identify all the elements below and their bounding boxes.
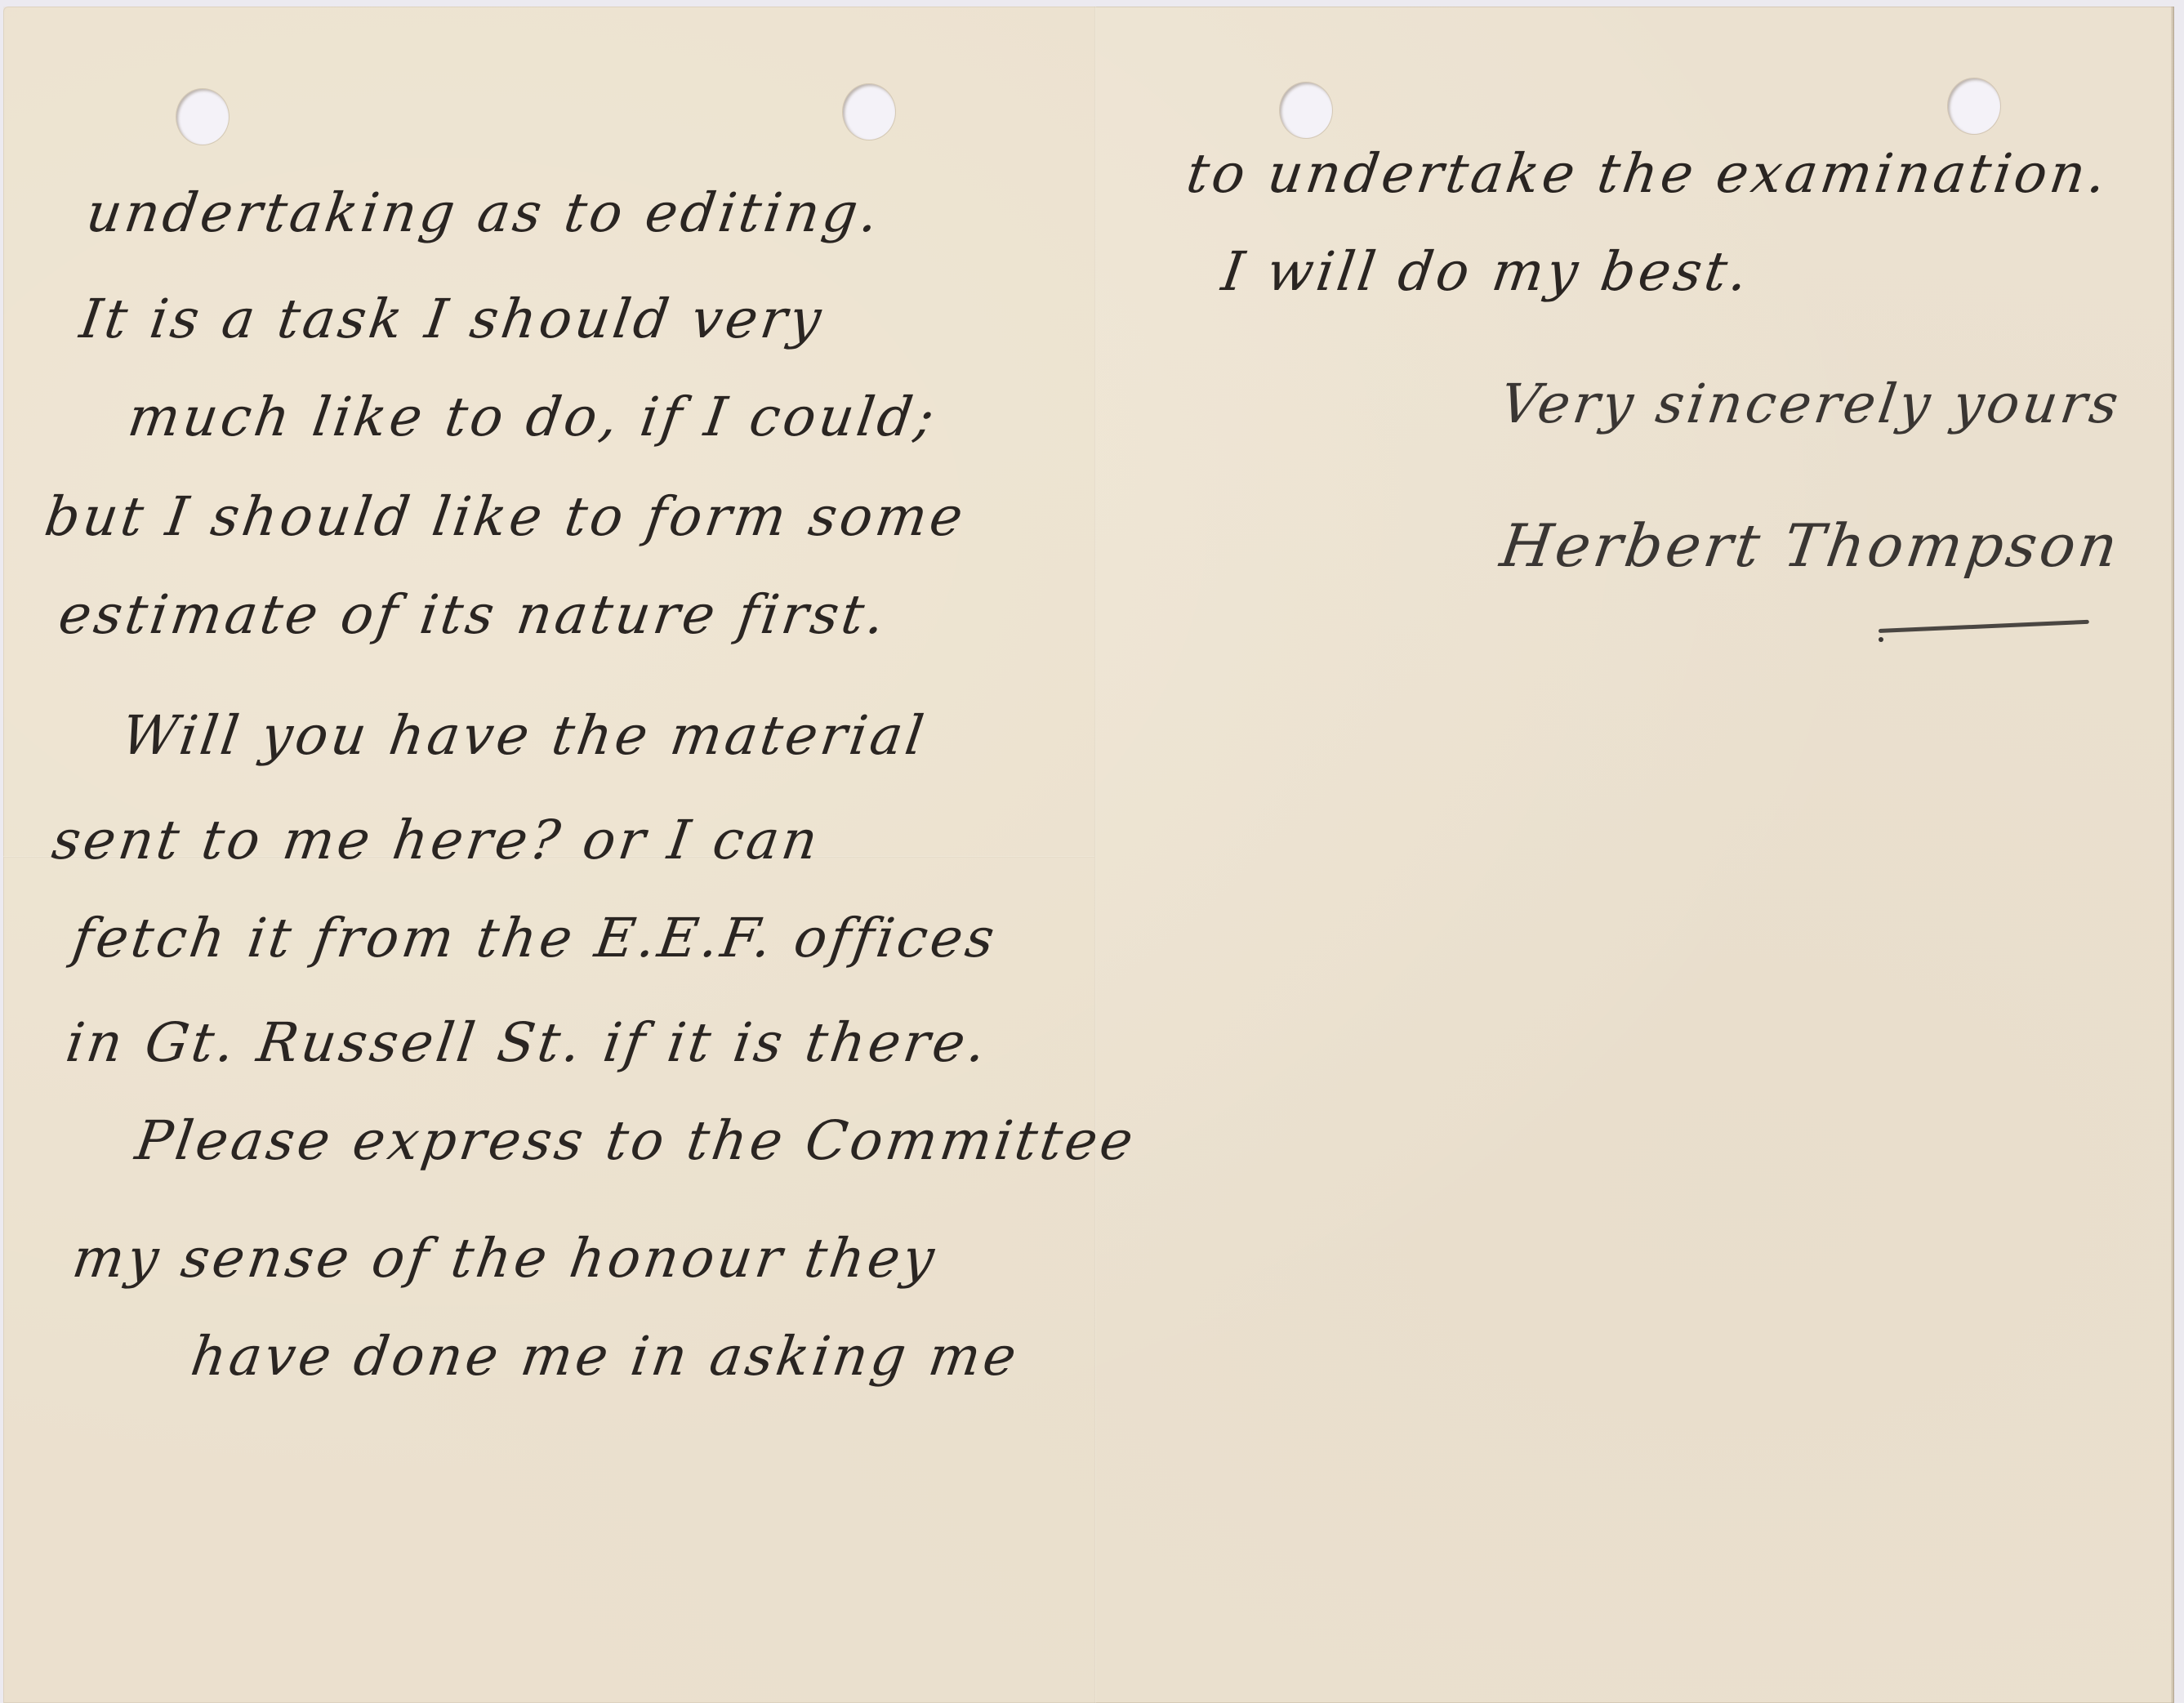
letter-line: undertaking as to editing. [83,186,885,240]
letter-line: Will you have the material [118,709,930,763]
signature-dot [1879,637,1883,642]
punch-hole-icon [1948,78,2000,134]
punch-hole-icon [176,89,229,145]
punch-hole-icon [1280,82,1332,138]
letter-line: in Gt. Russell St. if it is there. [63,1016,992,1070]
letter-line: sent to me here? or I can [49,814,824,867]
center-fold [1094,7,1096,1703]
letter-line: It is a task I should very [77,292,827,346]
letter-line: I will do my best. [1219,245,1754,299]
punch-hole-icon [843,84,895,140]
letter-line: but I should like to form some [42,490,969,544]
letter-line: my sense of the honour they [69,1232,941,1286]
letter-line: estimate of its nature first. [56,588,891,642]
letter-line: fetch it from the E.E.F. offices [69,912,1001,965]
letter-line: to undertake the examination. [1183,147,2112,201]
letter-line: Please express to the Committee [132,1114,1139,1168]
closing-salutation: Very sincerely yours [1497,377,2124,431]
letter-line: much like to do, if I could; [125,390,941,444]
page-edge [2171,7,2174,1703]
signature: Herbert Thompson [1497,516,2124,575]
letter-line: have done me in asking me [188,1330,1023,1384]
